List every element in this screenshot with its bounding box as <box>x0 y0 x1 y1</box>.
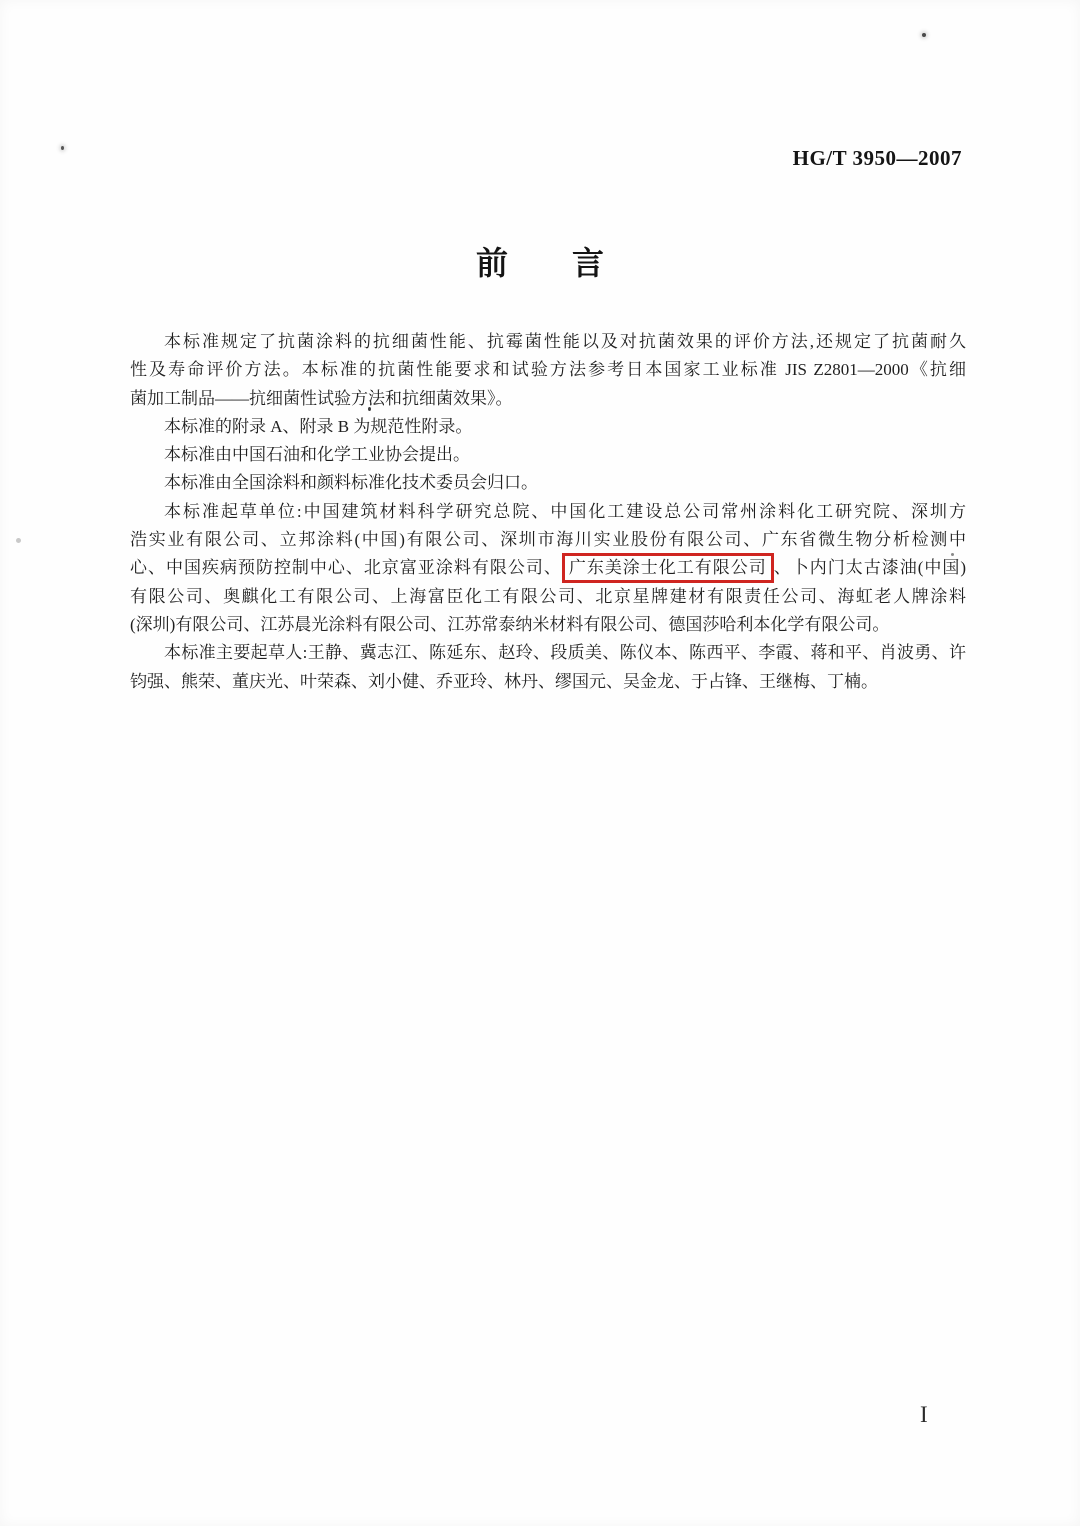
scan-speck <box>368 407 371 411</box>
text-line: 钧强、熊荣、董庆光、叶荣森、刘小健、乔亚玲、林丹、缪国元、吴金龙、于占锋、王继梅… <box>130 668 966 696</box>
text-line: 有限公司、奥麒化工有限公司、上海富臣化工有限公司、北京星牌建材有限责任公司、海虹… <box>130 583 966 611</box>
text-line: 本标准由全国涂料和颜料标准化技术委员会归口。 <box>130 469 966 497</box>
text-line: 本标准由中国石油和化学工业协会提出。 <box>130 441 966 469</box>
text-segment: 心、中国疾病预防控制中心、北京富亚涂料有限公司、 <box>130 558 562 577</box>
highlighted-company: 广东美涂士化工有限公司 <box>562 553 774 583</box>
text-line: 性及寿命评价方法。本标准的抗菌性能要求和试验方法参考日本国家工业标准 JIS Z… <box>130 356 966 384</box>
page-number: I <box>920 1402 928 1428</box>
text-line: 本标准主要起草人:王静、冀志江、陈延东、赵玲、段质美、陈仪本、陈西平、李霞、蒋和… <box>130 639 966 667</box>
text-line: 本标准起草单位:中国建筑材料科学研究总院、中国化工建设总公司常州涂料化工研究院、… <box>130 498 966 526</box>
scan-speck <box>922 33 926 37</box>
document-page: HG/T 3950—2007 前 言 本标准规定了抗菌涂料的抗细菌性能、抗霉菌性… <box>0 0 1080 1526</box>
scan-speck <box>951 553 954 556</box>
text-line: 心、中国疾病预防控制中心、北京富亚涂料有限公司、广东美涂士化工有限公司、卜内门太… <box>130 554 966 582</box>
text-line: 本标准的附录 A、附录 B 为规范性附录。 <box>130 413 966 441</box>
page-title: 前 言 <box>0 238 1080 284</box>
text-line: (深圳)有限公司、江苏晨光涂料有限公司、江苏常泰纳米材料有限公司、德国莎哈利本化… <box>130 611 966 639</box>
document-body: 本标准规定了抗菌涂料的抗细菌性能、抗霉菌性能以及对抗菌效果的评价方法,还规定了抗… <box>130 328 966 696</box>
text-line: 浩实业有限公司、立邦涂料(中国)有限公司、深圳市海川实业股份有限公司、广东省微生… <box>130 526 966 554</box>
scan-speck <box>16 538 21 543</box>
text-line: 本标准规定了抗菌涂料的抗细菌性能、抗霉菌性能以及对抗菌效果的评价方法,还规定了抗… <box>130 328 966 356</box>
text-segment: 、卜内门太古漆油(中国) <box>774 558 966 577</box>
standard-code: HG/T 3950—2007 <box>0 146 962 171</box>
scan-speck <box>61 146 64 150</box>
text-line: 菌加工制品——抗细菌性试验方法和抗细菌效果》。 <box>130 385 966 413</box>
